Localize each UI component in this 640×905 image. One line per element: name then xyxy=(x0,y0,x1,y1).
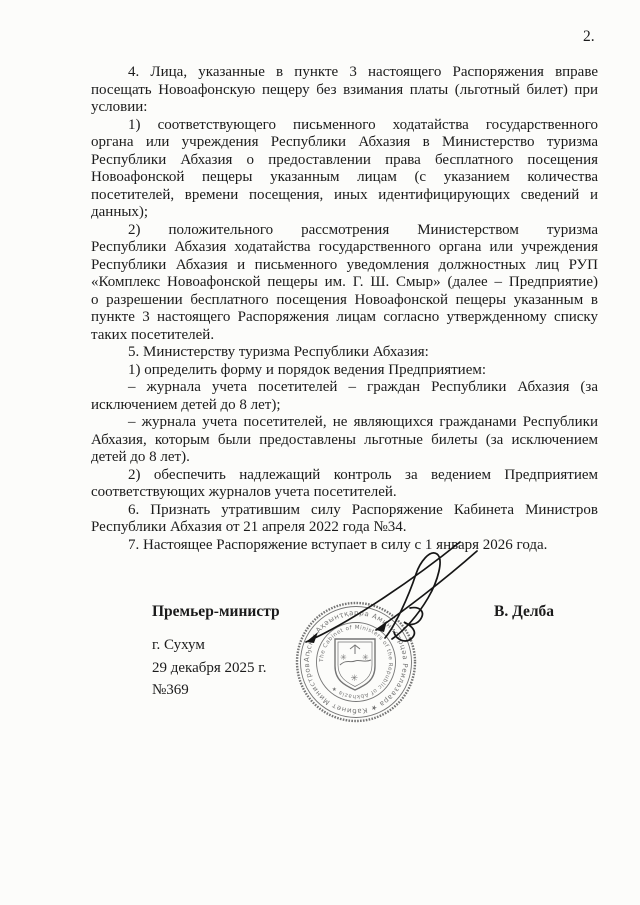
signer-title: Премьер-министр xyxy=(152,603,280,621)
body-line: Республики Абхазия ходатайства государст… xyxy=(91,239,598,257)
body-line: Новоафонской пещеры указанным лицам (с у… xyxy=(91,169,598,187)
body-line: 6. Признать утратившим силу Распоряжение… xyxy=(91,502,598,520)
body-line: Республики Абхазия и письменного уведомл… xyxy=(91,257,598,275)
body-line: Республики Абхазия о предоставлении прав… xyxy=(91,152,598,170)
body-line: пункте 3 настоящего Распоряжения лицам с… xyxy=(91,309,598,327)
body-line: таких посетителей. xyxy=(91,327,598,345)
document-body: 4. Лица, указанные в пункте 3 настоящего… xyxy=(91,64,598,554)
document-page: 2. 4. Лица, указанные в пункте 3 настоящ… xyxy=(0,0,640,905)
body-line: Абхазия, которым были предоставлены льго… xyxy=(91,432,598,450)
body-line: – журнала учета посетителей, не являющих… xyxy=(91,414,598,432)
body-line: условии: xyxy=(91,99,598,117)
body-line: «Комплекс Новоафонской пещеры им. Г. Ш. … xyxy=(91,274,598,292)
body-line: 5. Министерству туризма Республики Абхаз… xyxy=(91,344,598,362)
issue-date: 29 декабря 2025 г. xyxy=(152,660,267,677)
body-line: 1) соответствующего письменного ходатайс… xyxy=(91,117,598,135)
body-line: соответствующих журналов учета посетител… xyxy=(91,484,598,502)
body-line: данных); xyxy=(91,204,598,222)
body-line: 2) обеспечить надлежащий контроль за вед… xyxy=(91,467,598,485)
body-line: 1) определить форму и порядок ведения Пр… xyxy=(91,362,598,380)
body-line: исключением детей до 8 лет); xyxy=(91,397,598,415)
signer-name: В. Делба xyxy=(494,603,554,621)
body-line: – журнала учета посетителей – граждан Ре… xyxy=(91,379,598,397)
page-number: 2. xyxy=(583,28,595,46)
body-line: Республики Абхазия от 21 апреля 2022 год… xyxy=(91,519,598,537)
decree-number: №369 xyxy=(152,682,189,699)
body-line: посещать Новоафонскую пещеру без взимани… xyxy=(91,82,598,100)
svg-text:✳: ✳ xyxy=(351,674,359,684)
body-line: детей до 8 лет). xyxy=(91,449,598,467)
body-line: о разрешении бесплатного посещения Новоа… xyxy=(91,292,598,310)
body-line: 2) положительного рассмотрения Министерс… xyxy=(91,222,598,240)
signature xyxy=(290,538,490,658)
issue-city: г. Сухум xyxy=(152,637,205,654)
body-line: органа или учреждения Республики Абхазия… xyxy=(91,134,598,152)
body-line: посетителей, времени посещения, иных иде… xyxy=(91,187,598,205)
body-line: 4. Лица, указанные в пункте 3 настоящего… xyxy=(91,64,598,82)
